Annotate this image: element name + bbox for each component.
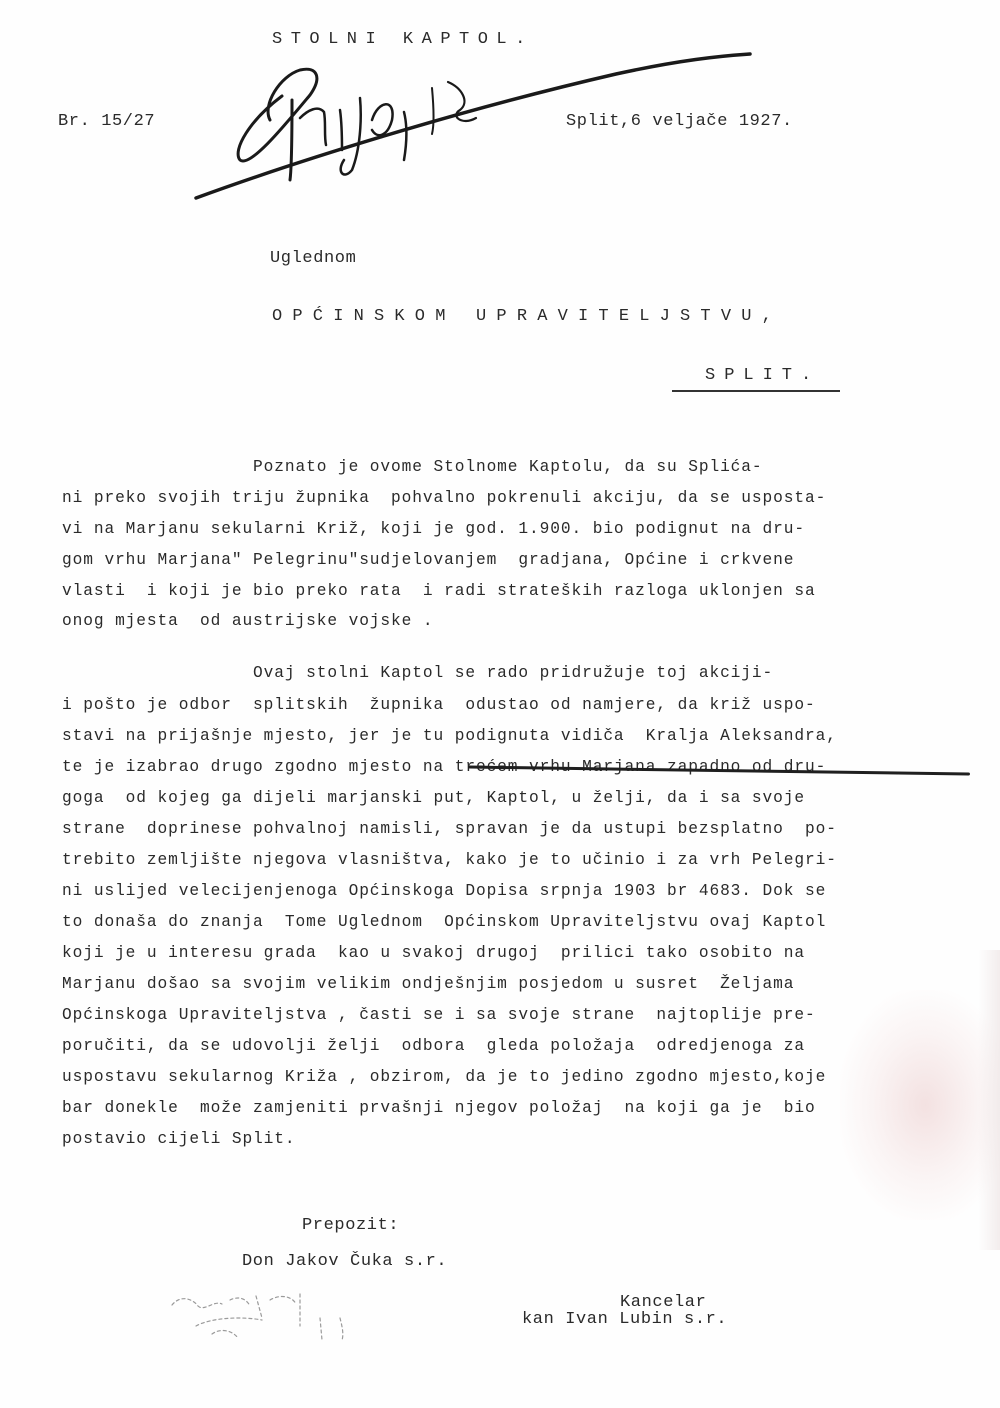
body-line: ni preko svojih triju župnika pohvalno p… <box>62 489 826 507</box>
body-line: goga od kojeg ga dijeli marjanski put, K… <box>62 789 805 807</box>
chancellor-name: kan Ivan Lubin s.r. <box>522 1310 727 1329</box>
provost-title: Prepozit: <box>302 1216 399 1235</box>
paper-stain <box>840 990 1000 1220</box>
provost-name: Don Jakov Čuka s.r. <box>242 1252 447 1271</box>
body-line: to donaša do znanja Tome Uglednom Općins… <box>62 913 826 931</box>
recipient-salutation: Uglednom <box>270 249 356 268</box>
body-line: bar donekle može zamjeniti prvašnji njeg… <box>62 1099 816 1117</box>
body-line: ni uslijed velecijenjenoga Općinskoga Do… <box>62 882 826 900</box>
body-line: poručiti, da se udovolji želji odbora gl… <box>62 1037 805 1055</box>
body-line: vi na Marjanu sekularni Križ, koji je go… <box>62 520 805 538</box>
body-line: Općinskoga Upraviteljstva , časti se i s… <box>62 1006 816 1024</box>
body-line: te je izabrao drugo zgodno mjesto na tre… <box>62 758 826 776</box>
body-line: stavi na prijašnje mjesto, jer je tu pod… <box>62 727 837 745</box>
body-line: vlasti i koji je bio preko rata i radi s… <box>62 582 816 600</box>
body-line: gom vrhu Marjana" Pelegrinu"sudjelovanje… <box>62 551 794 569</box>
scan-edge-shadow <box>978 950 1000 1250</box>
body-line: uspostavu sekularnog Križa , obzirom, da… <box>62 1068 826 1086</box>
city-underline <box>672 390 840 392</box>
body-line: postavio cijeli Split. <box>62 1130 296 1148</box>
body-line: Poznato je ovome Stolnome Kaptolu, da su… <box>62 458 763 476</box>
body-line: onog mjesta od austrijske vojske . <box>62 612 434 630</box>
handwritten-prijepis-annotation <box>0 0 1000 420</box>
recipient-name: OPĆINSKOM UPRAVITELJSTVU, <box>272 307 782 326</box>
body-line: trebito zemljište njegova vlasništva, ka… <box>62 851 837 869</box>
body-line: koji je u interesu grada kao u svakoj dr… <box>62 944 805 962</box>
body-line: strane doprinese pohvalnoj namisli, spra… <box>62 820 837 838</box>
body-line: Ovaj stolni Kaptol se rado pridružuje to… <box>62 664 773 682</box>
recipient-city: SPLIT. <box>705 366 820 385</box>
body-line: Marjanu došao sa svojim velikim ondješnj… <box>62 975 794 993</box>
body-line: i pošto je odbor splitskih župnika odust… <box>62 696 816 714</box>
